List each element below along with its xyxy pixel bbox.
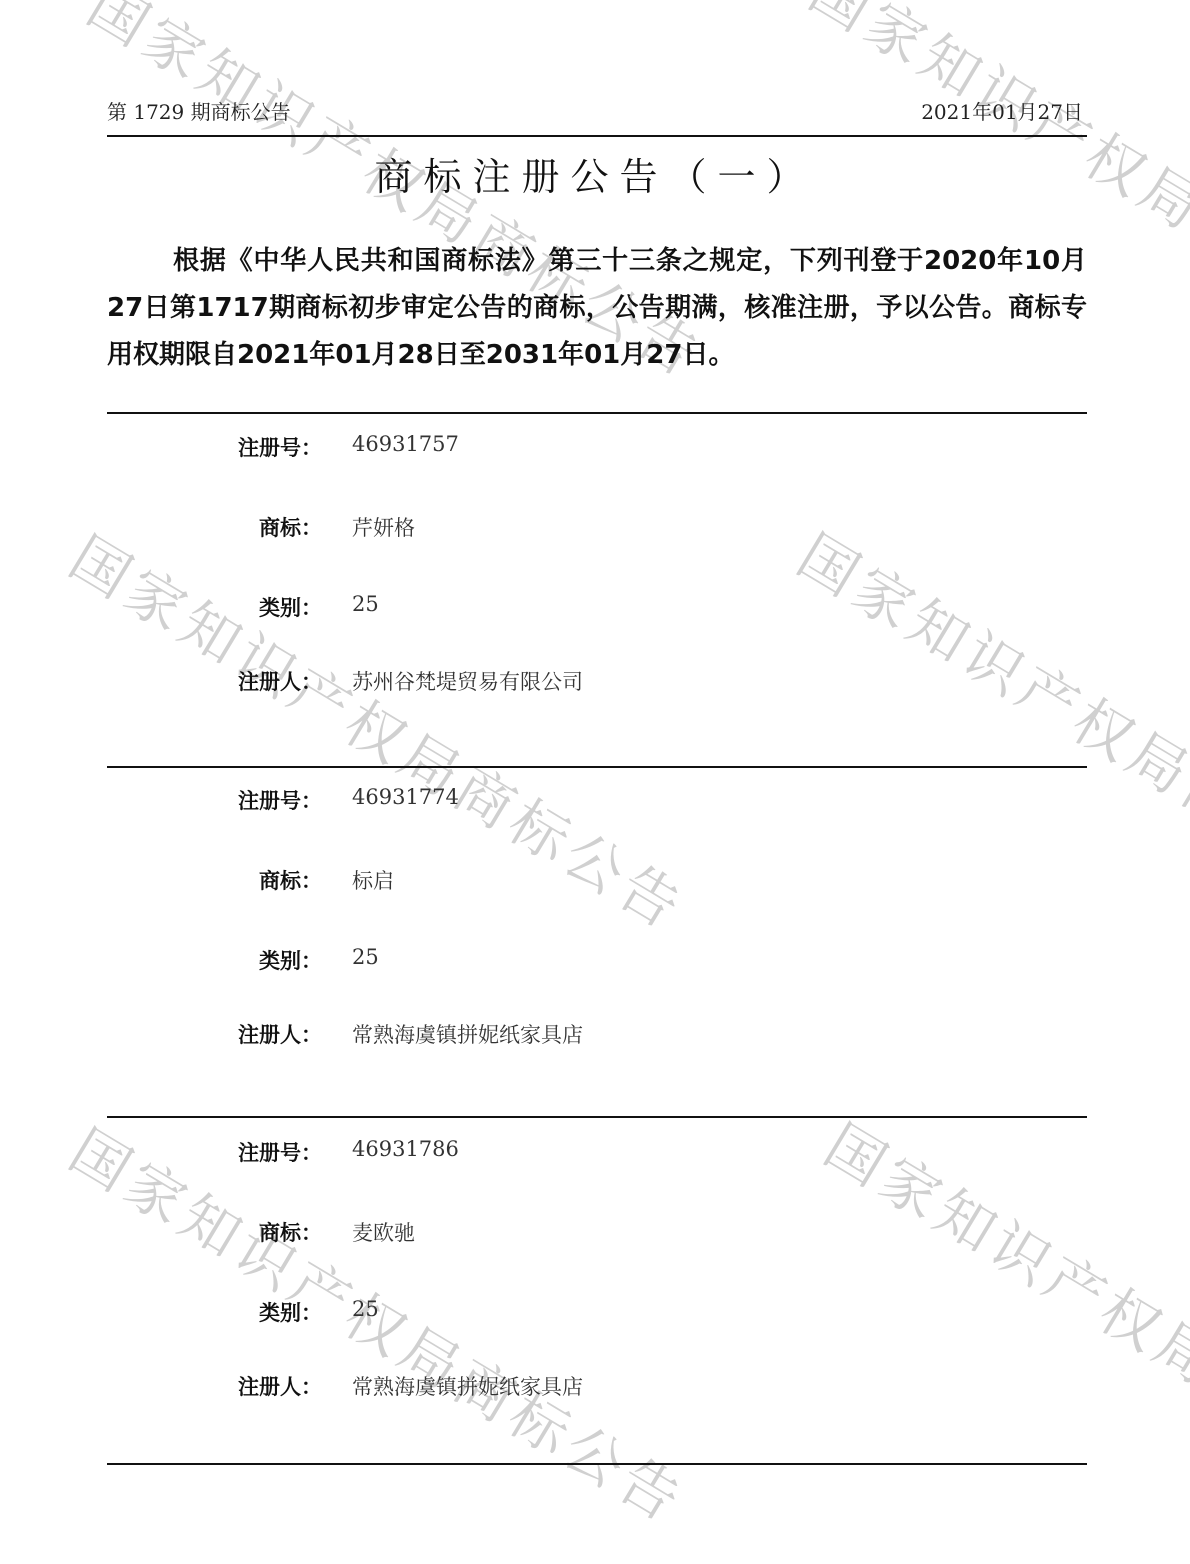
section-divider — [107, 412, 1087, 414]
mark-label: 商标： — [259, 1217, 322, 1247]
registrant-field: 注册人： 常熟海虞镇拼妮纸家具店 — [0, 1019, 1190, 1049]
reg-no-label: 注册号： — [238, 432, 322, 462]
page-header: 第 1729 期商标公告 2021年01月27日 — [107, 96, 1083, 126]
publication-date: 2021年01月27日 — [921, 96, 1083, 125]
reg-no-value: 46931786 — [352, 1137, 459, 1161]
class-field: 类别： 25 — [0, 592, 1190, 622]
reg-no-field: 注册号： 46931757 — [0, 432, 1190, 462]
issue-number: 第 1729 期商标公告 — [107, 96, 291, 125]
registrant-value: 苏州谷梵堤贸易有限公司 — [352, 666, 583, 696]
page-title: 商标注册公告（一） — [0, 146, 1190, 201]
mark-value: 标启 — [352, 865, 394, 895]
mark-field: 商标： 标启 — [0, 865, 1190, 895]
mark-label: 商标： — [259, 865, 322, 895]
registrant-field: 注册人： 苏州谷梵堤贸易有限公司 — [0, 666, 1190, 696]
mark-label: 商标： — [259, 512, 322, 542]
header-divider — [107, 135, 1087, 137]
registrant-label: 注册人： — [238, 1019, 322, 1049]
mark-field: 商标： 麦欧驰 — [0, 1217, 1190, 1247]
mark-value: 芹妍格 — [352, 512, 415, 542]
intro-paragraph: 根据《中华人民共和国商标法》第三十三条之规定，下列刊登于2020年10月27日第… — [107, 238, 1087, 379]
class-field: 类别： 25 — [0, 945, 1190, 975]
reg-no-field: 注册号： 46931774 — [0, 785, 1190, 815]
mark-value: 麦欧驰 — [352, 1217, 415, 1247]
class-value: 25 — [352, 592, 379, 616]
section-divider — [107, 766, 1087, 768]
class-value: 25 — [352, 1297, 379, 1321]
section-divider — [107, 1463, 1087, 1465]
registrant-value: 常熟海虞镇拼妮纸家具店 — [352, 1371, 583, 1401]
class-value: 25 — [352, 945, 379, 969]
section-divider — [107, 1116, 1087, 1118]
registrant-label: 注册人： — [238, 666, 322, 696]
registrant-value: 常熟海虞镇拼妮纸家具店 — [352, 1019, 583, 1049]
class-label: 类别： — [259, 592, 322, 622]
reg-no-field: 注册号： 46931786 — [0, 1137, 1190, 1167]
reg-no-label: 注册号： — [238, 1137, 322, 1167]
reg-no-value: 46931757 — [352, 432, 459, 456]
mark-field: 商标： 芹妍格 — [0, 512, 1190, 542]
class-label: 类别： — [259, 945, 322, 975]
registrant-label: 注册人： — [238, 1371, 322, 1401]
class-field: 类别： 25 — [0, 1297, 1190, 1327]
registrant-field: 注册人： 常熟海虞镇拼妮纸家具店 — [0, 1371, 1190, 1401]
reg-no-label: 注册号： — [238, 785, 322, 815]
reg-no-value: 46931774 — [352, 785, 459, 809]
class-label: 类别： — [259, 1297, 322, 1327]
